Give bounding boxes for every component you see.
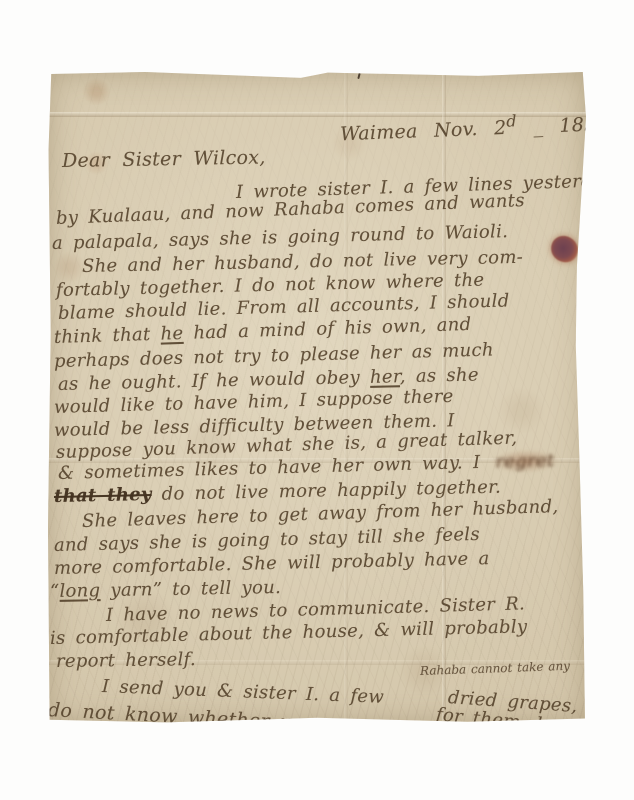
date-pre: Waimea Nov. 2 — [340, 117, 507, 145]
line-segment: “ — [50, 581, 60, 602]
struck-through-words: that they — [54, 484, 152, 507]
smudged-word: regret — [490, 449, 560, 474]
scanned-letter-page: { "page": { "background_color": "#fdfdfc… — [0, 0, 634, 800]
letter-line: more comfortable. She will probably have… — [54, 550, 490, 578]
letter-line: I send you & sister I. a few — [102, 678, 385, 707]
date-line: Waimea Nov. 2d _ 1852 — [340, 110, 610, 145]
ink-mark — [357, 73, 360, 79]
line-segment: think that — [54, 324, 161, 348]
underlined-word: he — [160, 323, 184, 345]
letter-paper: Waimea Nov. 2d _ 1852 Dear Sister Wilcox… — [48, 72, 586, 723]
line-segment: , or not. — [558, 716, 634, 745]
underlined-word: dry — [529, 713, 560, 737]
letter-line: report herself. — [56, 651, 196, 671]
underlined-word: her — [370, 366, 400, 388]
date-post: _ 1852 — [516, 113, 609, 139]
letter-line: “long yarn” to tell you. — [50, 579, 281, 601]
line-segment: , as she — [400, 364, 479, 387]
letter-line: do not know whether you care — [48, 701, 370, 737]
interline-insertion: Rahaba cannot take any — [420, 660, 570, 677]
ink-mark — [485, 72, 490, 76]
wax-seal-stain — [549, 234, 579, 264]
underlined-word: long — [59, 580, 100, 602]
salutation-line: Dear Sister Wilcox, — [62, 148, 266, 171]
date-superscript: d — [506, 111, 517, 130]
line-segment: yarn” to tell you. — [100, 577, 281, 601]
